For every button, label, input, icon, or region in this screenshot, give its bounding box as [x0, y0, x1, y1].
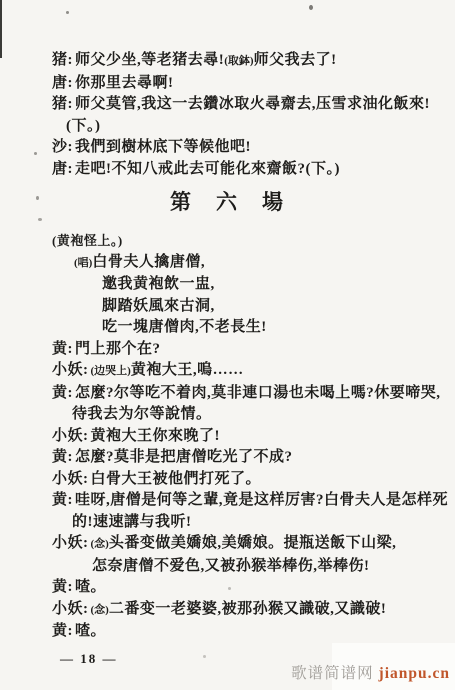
speaker-label: 黄:	[52, 492, 73, 508]
dialogue-text: 走吧!不知八戒此去可能化來齋飯?(下。)	[75, 161, 340, 177]
aria-line: 邀我黄袍飲一盅,	[52, 274, 455, 296]
dialogue-line: 小妖:(念)头番变做美嬌娘,美嬌娘。提瓶送飯下山梁,	[52, 533, 455, 556]
dialogue-text: 黄袍大王你來晚了!	[91, 428, 221, 444]
speaker-label: 小妖:	[52, 428, 89, 444]
dialogue-text: 喳。	[75, 579, 106, 595]
speaker-label: 猪:	[52, 96, 73, 112]
dialogue-text: 怎麼?尔等吃不着肉,莫非連口湯也未喝上嗎?休要啼哭,	[75, 385, 441, 401]
dialogue-text: 門上那个在?	[75, 341, 161, 357]
scan-speck	[66, 11, 69, 14]
watermark-site-url: jianpu.cn	[379, 665, 450, 682]
speaker-label: 沙:	[52, 139, 73, 155]
scanned-script-page: 猪:师父少坐,等老猪去尋!(取鉢)师父我去了! 唐:你那里去尋啊! 猪:师父莫管…	[0, 0, 455, 690]
speaker-label: 小妖:	[52, 535, 89, 551]
dialogue-line: 黄:門上那个在?	[52, 339, 455, 361]
dialogue-text: 师父莫管,我这一去鑽冰取火尋齋去,压雪求油化飯來!	[75, 96, 430, 112]
dialogue-line: 黄:喳。	[52, 577, 455, 599]
dialogue-text: 师父少坐,等老猪去尋!	[75, 52, 224, 68]
dialogue-line: 黄:喳。	[52, 621, 455, 643]
dialogue-line: 小妖:黄袍大王你來晚了!	[52, 426, 455, 448]
dialogue-text: 黄袍大王,嗚……	[131, 362, 244, 378]
aria-text: 脚踏妖風來古洞,	[102, 298, 215, 314]
dialogue-text: 你那里去尋啊!	[75, 75, 174, 91]
dialogue-line: 小妖:(念)二番变一老婆婆,被那孙猴又識破,又識破!	[52, 599, 455, 622]
entry-direction: (黄袍怪上。)	[52, 230, 455, 252]
dialogue-line: 黄:哇呀,唐僧是何等之輩,竟是这样厉害?白骨夫人是怎样死	[52, 490, 455, 512]
aria-text: 邀我黄袍飲一盅,	[102, 276, 215, 292]
dialogue-text: 哇呀,唐僧是何等之輩,竟是这样厉害?白骨夫人是怎样死	[75, 492, 448, 508]
scan-speck	[309, 5, 313, 10]
scene-title: 第 六 場	[0, 188, 455, 216]
stage-cue: (取鉢)	[224, 55, 253, 67]
dialogue-text: 头番变做美嬌娘,美嬌娘。提瓶送飯下山梁,	[109, 535, 397, 551]
dialogue-text: 二番变一老婆婆,被那孙猴又識破,又識破!	[109, 601, 387, 617]
speaker-label: 猪:	[52, 52, 73, 68]
speaker-label: 黄:	[52, 623, 73, 639]
watermark: 歌谱简谱网 jianpu.cn	[291, 661, 450, 683]
speaker-label: 唐:	[52, 75, 73, 91]
aria-line: (唱)白骨夫人擒唐僧,	[52, 252, 455, 275]
dialogue-line: 黄:怎麼?莫非是把唐僧吃光了不成?	[52, 447, 455, 469]
speaker-label: 小妖:	[52, 601, 89, 617]
aria-line: 吃一塊唐僧肉,不老長生!	[52, 317, 455, 339]
watermark-site-name: 歌谱简谱网	[291, 665, 378, 682]
dialogue-text: 我們到樹林底下等候他吧!	[75, 139, 251, 155]
dialogue-line: 唐:走吧!不知八戒此去可能化來齋飯?(下。)	[52, 159, 455, 181]
speaker-label: 黄:	[52, 579, 73, 595]
speaker-label: 小妖:	[52, 471, 89, 487]
dialogue-continuation: (下。)	[52, 116, 455, 138]
sing-cue: (唱)	[74, 257, 92, 269]
dialogue-line: 猪:师父莫管,我这一去鑽冰取火尋齋去,压雪求油化飯來!	[52, 94, 455, 116]
dialogue-text: 白骨大王被他們打死了。	[91, 471, 262, 487]
recite-cue: (念)	[91, 538, 109, 550]
dialogue-continuation: 待我去为尔等說情。	[52, 404, 455, 426]
dialogue-line: 小妖:(边哭上)黄袍大王,嗚……	[52, 360, 455, 383]
stage-cue: (下。)	[66, 118, 101, 134]
recite-cue: (念)	[91, 604, 109, 616]
dialogue-text: 喳。	[75, 623, 106, 639]
speaker-label: 唐:	[52, 161, 73, 177]
dialogue-continuation: 怎奈唐僧不爱色,又被孙猴举棒伤,举棒伤!	[52, 556, 455, 578]
dialogue-line: 沙:我們到樹林底下等候他吧!	[52, 137, 455, 159]
dialogue-text: 怎奈唐僧不爱色,又被孙猴举棒伤,举棒伤!	[92, 558, 370, 574]
dialogue-line: 小妖:白骨大王被他們打死了。	[52, 469, 455, 491]
script-text-block: 猪:师父少坐,等老猪去尋!(取鉢)师父我去了! 唐:你那里去尋啊! 猪:师父莫管…	[52, 50, 455, 667]
aria-text: 白骨夫人擒唐僧,	[92, 254, 205, 270]
aria-line: 脚踏妖風來古洞,	[52, 296, 455, 318]
dialogue-text: 师父我去了!	[254, 52, 337, 68]
dialogue-continuation: 的!速速講与我听!	[52, 512, 455, 534]
speaker-label: 黄:	[52, 449, 73, 465]
dialogue-text: 的!速速講与我听!	[72, 514, 192, 530]
speaker-label: 小妖:	[52, 362, 89, 378]
scan-speck	[34, 152, 37, 155]
dialogue-text: 待我去为尔等說情。	[72, 406, 212, 422]
scan-speck	[38, 218, 42, 221]
dialogue-line: 猪:师父少坐,等老猪去尋!(取鉢)师父我去了!	[52, 50, 455, 73]
dialogue-line: 唐:你那里去尋啊!	[52, 73, 455, 95]
stage-cue: (边哭上)	[91, 365, 131, 377]
dialogue-text: 怎麼?莫非是把唐僧吃光了不成?	[75, 449, 293, 465]
aria-text: 吃一塊唐僧肉,不老長生!	[102, 319, 267, 335]
speaker-label: 黄:	[52, 341, 73, 357]
speaker-label: 黄:	[52, 385, 73, 401]
dialogue-line: 黄:怎麼?尔等吃不着肉,莫非連口湯也未喝上嗎?休要啼哭,	[52, 383, 455, 405]
scan-edge-artifact	[0, 0, 2, 58]
